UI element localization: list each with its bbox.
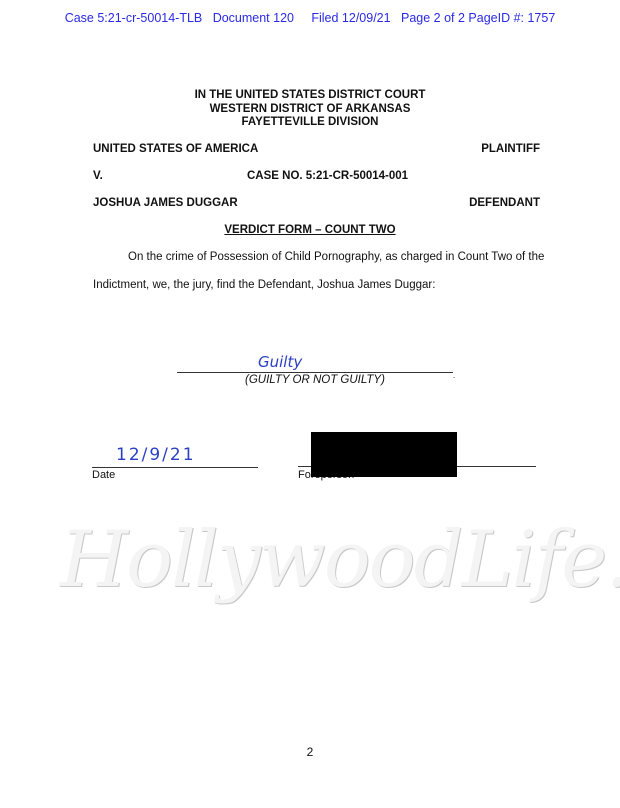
court-line-2: WESTERN DISTRICT OF ARKANSAS xyxy=(0,103,620,117)
defendant-name: JOSHUA JAMES DUGGAR xyxy=(93,197,238,209)
plaintiff-name: UNITED STATES OF AMERICA xyxy=(93,143,258,155)
date-line xyxy=(92,467,258,468)
body-line-1: On the crime of Possession of Child Porn… xyxy=(128,251,544,263)
form-title: VERDICT FORM – COUNT TWO xyxy=(0,224,620,236)
court-heading: IN THE UNITED STATES DISTRICT COURT WEST… xyxy=(0,89,620,130)
defendant-label: DEFENDANT xyxy=(469,197,540,209)
page-number: 2 xyxy=(0,745,620,759)
redaction-box xyxy=(311,432,457,477)
body-line-2: Indictment, we, the jury, find the Defen… xyxy=(93,279,435,291)
verdict-handwriting: Guilty xyxy=(258,353,302,371)
date-label: Date xyxy=(92,469,115,481)
case-number: CASE NO. 5:21-CR-50014-001 xyxy=(247,170,408,182)
versus: V. xyxy=(93,170,103,182)
plaintiff-label: PLAINTIFF xyxy=(481,143,540,155)
court-line-3: FAYETTEVILLE DIVISION xyxy=(0,116,620,130)
verdict-line-dot: . xyxy=(453,371,455,380)
verdict-signature-line xyxy=(177,372,453,373)
date-handwriting: 12/9/21 xyxy=(116,445,196,465)
filing-stamp-header: Case 5:21-cr-50014-TLB Document 120 File… xyxy=(0,11,620,25)
verdict-label: (GUILTY OR NOT GUILTY) xyxy=(245,374,385,386)
court-line-1: IN THE UNITED STATES DISTRICT COURT xyxy=(0,89,620,103)
watermark: HollywoodLife.com xyxy=(60,510,560,620)
